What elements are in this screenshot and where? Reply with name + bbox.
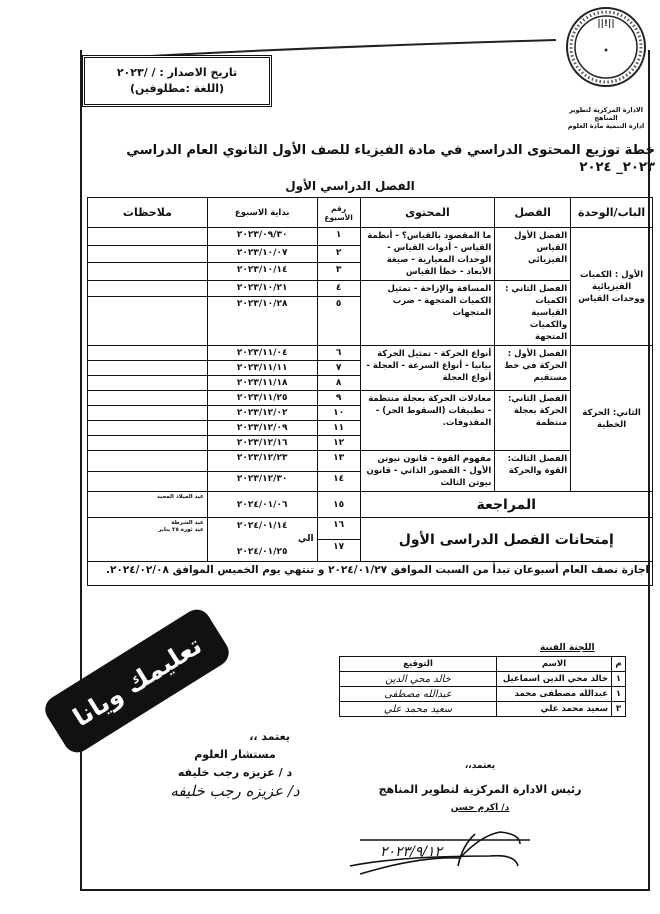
week-start-date: ٢٠٢٣/١٠/٢٨ bbox=[207, 296, 317, 345]
member-signature: عبدالله مصطفى bbox=[340, 687, 497, 702]
review-row: المراجعة ١٥ ٢٠٢٤/٠١/٠٦ عيد الميلاد المجي… bbox=[88, 492, 653, 518]
content-cell: المسافة والإزاحة - تمثيل الكميات المتجهة… bbox=[360, 281, 495, 346]
notes-line: عيد الشرطة bbox=[91, 520, 204, 527]
chapter-cell: الفصل الثاني : الكميات القياسية والكميات… bbox=[495, 281, 571, 346]
table-row: الثاني: الحركة الخطية الفصل الأول : الحر… bbox=[88, 346, 653, 361]
title-text: خطة توزيع المحتوى الدراسي في مادة الفيزي… bbox=[95, 142, 655, 176]
header-content: المحتوى bbox=[360, 198, 495, 228]
notes-cell bbox=[88, 296, 208, 345]
notes-cell bbox=[88, 376, 208, 391]
exam-date-to: الي bbox=[211, 533, 314, 546]
holiday-note: اجازة نصف العام أسبوعان تبدأ من السبت ال… bbox=[88, 562, 653, 586]
week-number: ٥ bbox=[317, 296, 360, 345]
week-start-date: ٢٠٢٤/٠١/٠٦ bbox=[207, 492, 317, 518]
member-index: ١ bbox=[612, 672, 626, 687]
notes-cell: عيد الميلاد المجيد bbox=[88, 492, 208, 518]
approve-label: يعتمد ،، bbox=[160, 728, 310, 746]
content-cell: أنواع الحركة - تمثيل الحركة بيانيا - أنو… bbox=[360, 346, 495, 391]
table-row: الأول : الكميات الفيزيائية ووحدات القياس… bbox=[88, 228, 653, 246]
header-week-number: رقم الأسبوع bbox=[317, 198, 360, 228]
week-start-date: ٢٠٢٣/١٢/٢٣ bbox=[207, 451, 317, 472]
notes-cell bbox=[88, 421, 208, 436]
logo-caption-line2: ادارة التنمية مادة العلوم bbox=[557, 122, 655, 130]
committee-header-index: م bbox=[612, 657, 626, 672]
signer-title: رئيس الادارة المركزية لتطوير المناهج bbox=[360, 781, 600, 799]
notes-cell bbox=[88, 391, 208, 406]
week-number: ١١ bbox=[317, 421, 360, 436]
member-index: ٣ bbox=[612, 702, 626, 717]
notes-cell bbox=[88, 245, 208, 263]
chapter-cell: الفصل الثاني: الحركة بعجلة منتظمة bbox=[495, 391, 571, 451]
member-signature: سعيد محمد علي bbox=[340, 702, 497, 717]
exam-date-range: ٢٠٢٤/٠١/١٤ الي ٢٠٢٤/٠١/٢٥ bbox=[207, 518, 317, 562]
week-start-date: ٢٠٢٣/١٠/٢١ bbox=[207, 281, 317, 297]
science-advisor-signature: يعتمد ،، مستشار العلوم د / عزيزه رجب خلي… bbox=[160, 728, 310, 800]
week-number: ٣ bbox=[317, 263, 360, 281]
issue-date: تاريخ الاصدار : / /٢٠٢٣ bbox=[117, 65, 237, 81]
week-number: ٧ bbox=[317, 361, 360, 376]
curriculum-plan-table: الباب/الوحدة الفصل المحتوى رقم الأسبوع ب… bbox=[87, 197, 653, 586]
notes-cell bbox=[88, 406, 208, 421]
svg-text:||!||: ||!|| bbox=[597, 19, 614, 29]
director-signature: يعتمد،، رئيس الادارة المركزية لتطوير الم… bbox=[360, 757, 600, 817]
logo-caption-line1: الادارة المركزية لتطوير المناهج bbox=[557, 106, 655, 122]
committee-header-name: الاسم bbox=[497, 657, 612, 672]
holiday-row: اجازة نصف العام أسبوعان تبدأ من السبت ال… bbox=[88, 562, 653, 586]
week-start-date: ٢٠٢٣/١١/٠٤ bbox=[207, 346, 317, 361]
week-start-date: ٢٠٢٣/١٢/١٦ bbox=[207, 436, 317, 451]
page-title: خطة توزيع المحتوى الدراسي في مادة الفيزي… bbox=[95, 142, 655, 176]
notes-cell bbox=[88, 346, 208, 361]
notes-cell bbox=[88, 361, 208, 376]
notes-cell bbox=[88, 228, 208, 246]
week-start-date: ٢٠٢٣/١٢/٠٢ bbox=[207, 406, 317, 421]
week-start-date: ٢٠٢٣/١٢/٠٩ bbox=[207, 421, 317, 436]
signer-name: د/ اكرم حسن bbox=[360, 799, 600, 817]
week-number: ٩ bbox=[317, 391, 360, 406]
week-start-date: ٢٠٢٣/١١/١٨ bbox=[207, 376, 317, 391]
notes-cell bbox=[88, 281, 208, 297]
exam-end-date: ٢٠٢٤/٠١/٢٥ bbox=[211, 546, 314, 559]
week-number: ٦ bbox=[317, 346, 360, 361]
unit-cell: الثاني: الحركة الخطية bbox=[571, 346, 653, 492]
notes-cell bbox=[88, 451, 208, 472]
member-name: سعيد محمد علي bbox=[497, 702, 612, 717]
committee-header-signature: التوقيع bbox=[340, 657, 497, 672]
exams-label: إمتحانات الفصل الدراسى الأول bbox=[360, 518, 652, 562]
signer-title: مستشار العلوم bbox=[160, 746, 310, 764]
member-name: خالد محي الدين اسماعيل bbox=[497, 672, 612, 687]
week-number: ١٢ bbox=[317, 436, 360, 451]
content-cell: مفهوم القوة - قانون نيوتن الأول - القصور… bbox=[360, 451, 495, 492]
issue-date-box: تاريخ الاصدار : / /٢٠٢٣ (اللغة :مطلوفين) bbox=[82, 55, 272, 107]
week-number: ١٧ bbox=[317, 540, 360, 562]
semester-subtitle: الفصل الدراسي الأول bbox=[200, 179, 500, 193]
committee-header-row: م الاسم التوقيع bbox=[340, 657, 626, 672]
notes-line: عيد ثورة ٢٥ يناير bbox=[91, 527, 204, 534]
week-start-date: ٢٠٢٣/١٢/٣٠ bbox=[207, 471, 317, 492]
week-number: ١٠ bbox=[317, 406, 360, 421]
week-start-date: ٢٠٢٣/١٠/١٤ bbox=[207, 263, 317, 281]
handwritten-signature: د/ عزيزه رجب خليفه bbox=[160, 782, 310, 800]
notes-cell bbox=[88, 471, 208, 492]
week-number: ١٣ bbox=[317, 451, 360, 472]
approve-label: يعتمد،، bbox=[360, 757, 600, 775]
week-number: ٤ bbox=[317, 281, 360, 297]
table-row: الفصل الثاني: الحركة بعجلة منتظمة معادلا… bbox=[88, 391, 653, 406]
committee-row: ٣ سعيد محمد علي سعيد محمد علي bbox=[340, 702, 626, 717]
committee-table: م الاسم التوقيع ١ خالد محي الدين اسماعيل… bbox=[339, 656, 626, 717]
header-unit: الباب/الوحدة bbox=[571, 198, 653, 228]
table-header-row: الباب/الوحدة الفصل المحتوى رقم الأسبوع ب… bbox=[88, 198, 653, 228]
header-week-start: بداية الاسبوع bbox=[207, 198, 317, 228]
week-number: ١٦ bbox=[317, 518, 360, 540]
week-number: ١٤ bbox=[317, 471, 360, 492]
week-number: ١ bbox=[317, 228, 360, 246]
week-start-date: ٢٠٢٣/١١/١١ bbox=[207, 361, 317, 376]
notes-cell: عيد الشرطة عيد ثورة ٢٥ يناير bbox=[88, 518, 208, 562]
notes-cell bbox=[88, 436, 208, 451]
committee-title: اللجنة الفنية bbox=[540, 643, 595, 653]
chapter-cell: الفصل الأول القياس الفيزيائي bbox=[495, 228, 571, 281]
unit-cell: الأول : الكميات الفيزيائية ووحدات القياس bbox=[571, 228, 653, 346]
week-start-date: ٢٠٢٣/٠٩/٣٠ bbox=[207, 228, 317, 246]
week-number: ٢ bbox=[317, 245, 360, 263]
exams-row: إمتحانات الفصل الدراسى الأول ١٦ ٢٠٢٤/٠١/… bbox=[88, 518, 653, 540]
content-cell: معادلات الحركة بعجلة منتظمة - تطبيقات (ا… bbox=[360, 391, 495, 451]
review-label: المراجعة bbox=[360, 492, 652, 518]
committee-row: ١ عبدالله مصطفى محمد عبدالله مصطفى bbox=[340, 687, 626, 702]
handwritten-date: ٢٠٢٣/٩/١٢ bbox=[380, 844, 445, 860]
table-row: الفصل الثالث: القوة والحركة مفهوم القوة … bbox=[88, 451, 653, 472]
table-row: الفصل الثاني : الكميات القياسية والكميات… bbox=[88, 281, 653, 297]
committee-row: ١ خالد محي الدين اسماعيل خالد محي الدين bbox=[340, 672, 626, 687]
header-notes: ملاحظات bbox=[88, 198, 208, 228]
chapter-cell: الفصل الثالث: القوة والحركة bbox=[495, 451, 571, 492]
handwritten-signature-scribble: ٢٠٢٣/٩/١٢ bbox=[340, 826, 540, 878]
week-number: ١٥ bbox=[317, 492, 360, 518]
edition-label: (اللغة :مطلوفين) bbox=[130, 81, 224, 97]
week-start-date: ٢٠٢٣/١٠/٠٧ bbox=[207, 245, 317, 263]
seal-icon: ||!|| bbox=[565, 6, 647, 88]
content-cell: ما المقصود بالقياس؟ - أنظمة القياس - أدو… bbox=[360, 228, 495, 281]
notes-cell bbox=[88, 263, 208, 281]
chapter-cell: الفصل الأول : الحركة في خط مستقيم bbox=[495, 346, 571, 391]
exam-start-date: ٢٠٢٤/٠١/١٤ bbox=[211, 520, 314, 533]
header-chapter: الفصل bbox=[495, 198, 571, 228]
week-number: ٨ bbox=[317, 376, 360, 391]
member-signature: خالد محي الدين bbox=[340, 672, 497, 687]
week-start-date: ٢٠٢٣/١١/٢٥ bbox=[207, 391, 317, 406]
member-index: ١ bbox=[612, 687, 626, 702]
member-name: عبدالله مصطفى محمد bbox=[497, 687, 612, 702]
ministry-logo: ||!|| الادارة المركزية لتطوير المناهج اد… bbox=[557, 6, 655, 134]
signer-name: د / عزيزه رجب خليفه bbox=[160, 764, 310, 782]
